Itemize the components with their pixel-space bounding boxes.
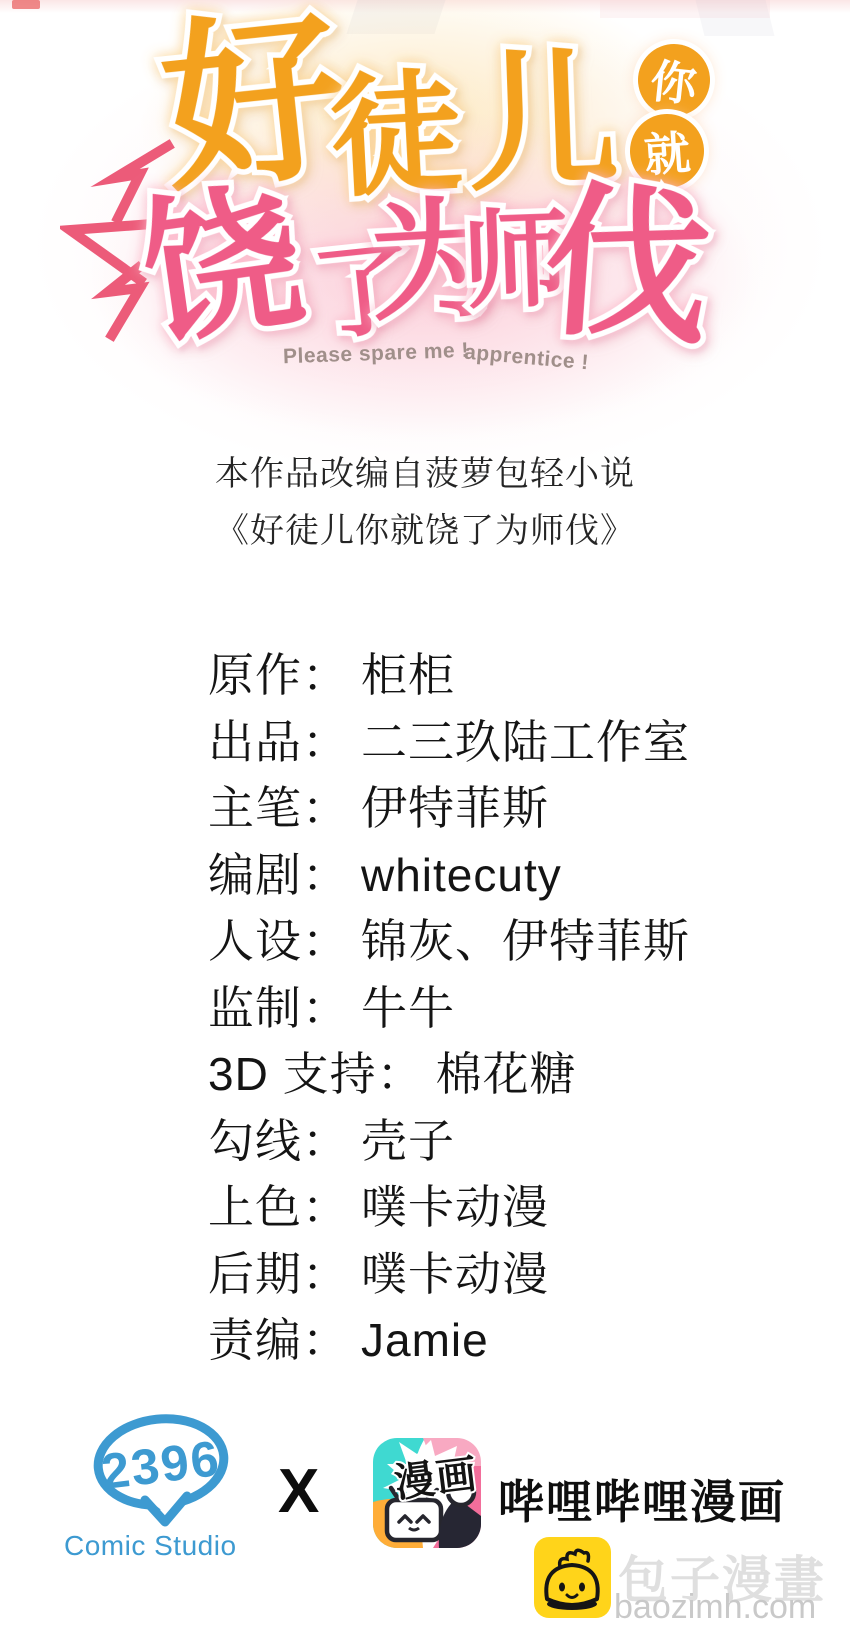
credit-label: 人设： (208, 915, 349, 967)
english-subtitle-left: Please spare me ! (283, 339, 470, 369)
credit-value: 牛牛 (361, 982, 455, 1034)
credit-label: 责编： (208, 1314, 349, 1366)
credit-label: 勾线： (208, 1115, 349, 1167)
credit-row: 出品：二三玖陆工作室 (208, 709, 690, 776)
credit-row: 3D 支持：棉花糖 (208, 1041, 690, 1108)
credit-row: 监制：牛牛 (208, 975, 690, 1042)
credit-label: 编剧： (208, 849, 349, 901)
watermark-site-url: baozimh.com (614, 1588, 816, 1627)
top-artifact-mark (12, 0, 40, 9)
app-icon-manga-label: 漫画 (391, 1442, 481, 1509)
adaptation-line-2: 《好徒儿你就饶了为师伐》 (0, 503, 850, 560)
credit-row: 编剧：whitecuty (208, 842, 690, 909)
comic-credits-page: 好 徒 儿 你 就 饶 了 为 师 伐 Please spare me ! ap… (0, 0, 850, 1648)
credit-label: 原作： (208, 649, 349, 701)
credit-value: 噗卡动漫 (361, 1248, 549, 1300)
credits-list: 原作：柜柜 出品：二三玖陆工作室 主笔：伊特菲斯 编剧：whitecuty 人设… (208, 642, 690, 1374)
collab-x-mark: X (278, 1456, 319, 1527)
title-badge-circle: 你 (634, 40, 713, 119)
credit-row: 原作：柜柜 (208, 642, 690, 709)
credit-value: whitecuty (361, 849, 562, 901)
credit-label: 上色： (208, 1181, 349, 1233)
credit-label: 3D 支持： (208, 1048, 424, 1100)
studio-name: Comic Studio (64, 1530, 264, 1562)
baozi-icon (534, 1537, 611, 1618)
credit-value: 棉花糖 (436, 1048, 577, 1100)
credit-row: 上色：噗卡动漫 (208, 1174, 690, 1241)
top-artifact-shape (346, 0, 445, 34)
credit-row: 主笔：伊特菲斯 (208, 775, 690, 842)
credit-row: 人设：锦灰、伊特菲斯 (208, 908, 690, 975)
credit-value: 柜柜 (361, 649, 455, 701)
credit-value: 锦灰、伊特菲斯 (361, 915, 690, 967)
adaptation-line-1: 本作品改编自菠萝包轻小说 (0, 446, 850, 503)
adaptation-note: 本作品改编自菠萝包轻小说 《好徒儿你就饶了为师伐》 (0, 446, 850, 560)
credit-value: 伊特菲斯 (361, 782, 549, 834)
title-char: 伐 (539, 178, 715, 354)
credit-row: 责编：Jamie (208, 1307, 690, 1374)
credit-value: Jamie (361, 1314, 489, 1366)
credit-label: 出品： (208, 716, 349, 768)
credit-label: 监制： (208, 982, 349, 1034)
platform-name: 哔哩哔哩漫画 (498, 1466, 786, 1532)
credit-value: 二三玖陆工作室 (361, 716, 690, 768)
credit-value: 壳子 (361, 1115, 455, 1167)
top-artifact-shape (600, 0, 770, 18)
credit-label: 后期： (208, 1248, 349, 1300)
title-char: 饶 (133, 178, 311, 356)
credit-row: 勾线：壳子 (208, 1108, 690, 1175)
credit-label: 主笔： (208, 782, 349, 834)
credit-value: 噗卡动漫 (361, 1181, 549, 1233)
credit-row: 后期：噗卡动漫 (208, 1241, 690, 1308)
